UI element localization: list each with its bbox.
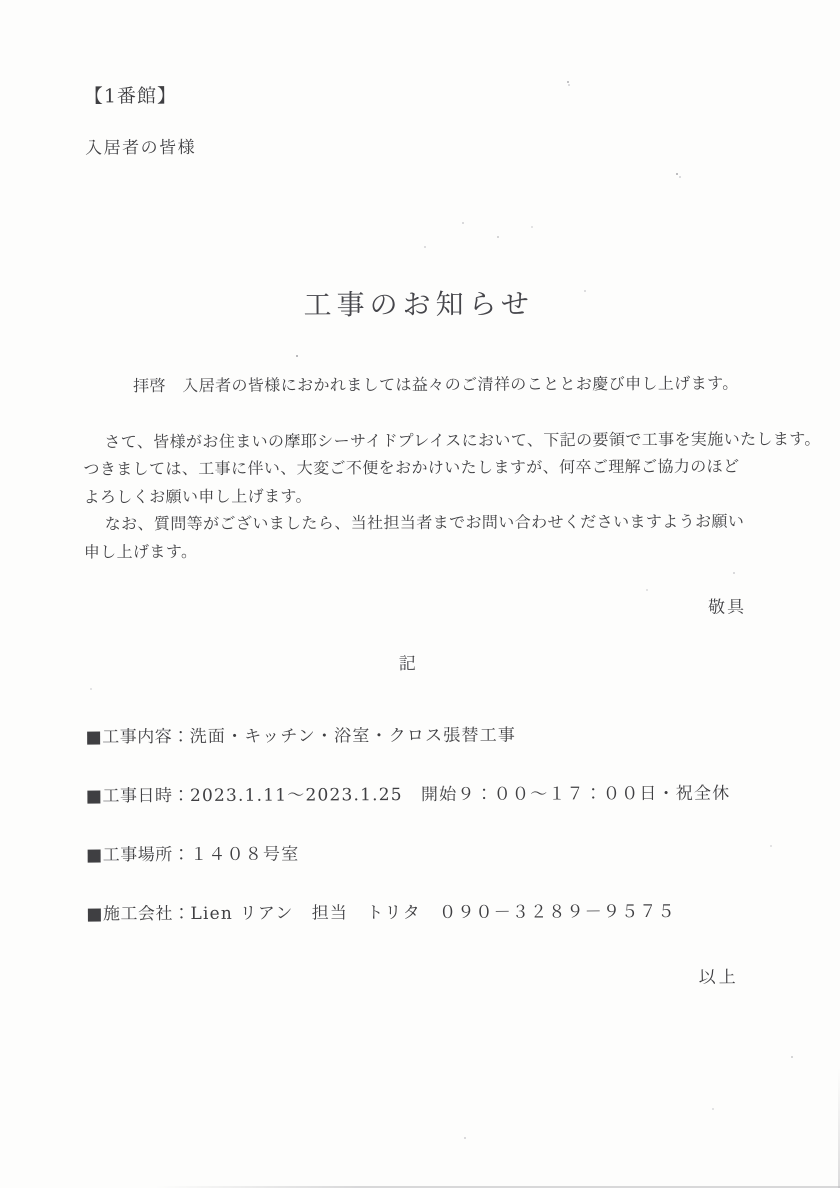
end-marker-ijou: 以上 — [699, 963, 739, 988]
detail-value: Lien リアン 担当 トリタ ０９０－３２８９－９５７５ — [190, 902, 675, 924]
letter-body: 拝啓 入居者の皆様におかれましては益々のご清祥のこととお慶び申し上げます。 さて… — [83, 369, 806, 565]
work-details-section: ■工事内容：洗面・キッチン・浴室・クロス張替工事 ■工事日時：2023.1.11… — [86, 719, 807, 958]
body-paragraph1-line3: よろしくお願い申し上げます。 — [84, 480, 806, 511]
detail-label: ■工事場所： — [86, 845, 190, 865]
body-paragraph2-line1: なお、質問等がございましたら、当社担当者までお問い合わせくださいますようお願い — [84, 507, 806, 538]
detail-value: 洗面・キッチン・浴室・クロス張替工事 — [190, 726, 517, 747]
record-marker-ki: 記 — [0, 647, 814, 676]
page-title: 工事のお知らせ — [0, 281, 839, 325]
detail-row-work-dates: ■工事日時：2023.1.11～2023.1.25 開始９：００～１７：００日・… — [86, 778, 806, 840]
detail-label: ■工事内容： — [86, 727, 190, 747]
body-paragraph1-line1: さて、皆様がお住まいの摩耶シーサイドプレイスにおいて、下記の要領で工事を実施いた… — [83, 425, 805, 456]
closing-keigu: 敬具 — [708, 593, 746, 618]
detail-label: ■施工会社： — [86, 904, 190, 924]
detail-row-work-content: ■工事内容：洗面・キッチン・浴室・クロス張替工事 — [86, 719, 806, 781]
building-label: 【1番館】 — [84, 81, 177, 108]
detail-label: ■工事日時： — [86, 786, 190, 806]
detail-row-contractor: ■施工会社：Lien リアン 担当 トリタ ０９０－３２８９－９５７５ — [86, 896, 806, 958]
body-paragraph1-line2: つきましては、工事に伴い、大変ご不便をおかけいたしますが、何卒ご理解ご協力のほど — [83, 452, 805, 483]
greeting-line: 拝啓 入居者の皆様におかれましては益々のご清祥のこととお慶び申し上げます。 — [83, 369, 805, 400]
detail-value: １４０８号室 — [190, 845, 299, 865]
body-paragraph2-line2: 申し上げます。 — [84, 535, 806, 566]
detail-row-work-location: ■工事場所：１４０８号室 — [86, 837, 806, 899]
detail-value: 2023.1.11～2023.1.25 開始９：００～１７：００日・祝全休 — [190, 784, 731, 806]
scan-content: 【1番館】 入居者の皆様 工事のお知らせ 拝啓 入居者の皆様におかれましては益々… — [0, 0, 840, 1188]
recipient-line: 入居者の皆様 — [85, 133, 196, 158]
scanned-letter-page: 【1番館】 入居者の皆様 工事のお知らせ 拝啓 入居者の皆様におかれましては益々… — [0, 0, 840, 1188]
